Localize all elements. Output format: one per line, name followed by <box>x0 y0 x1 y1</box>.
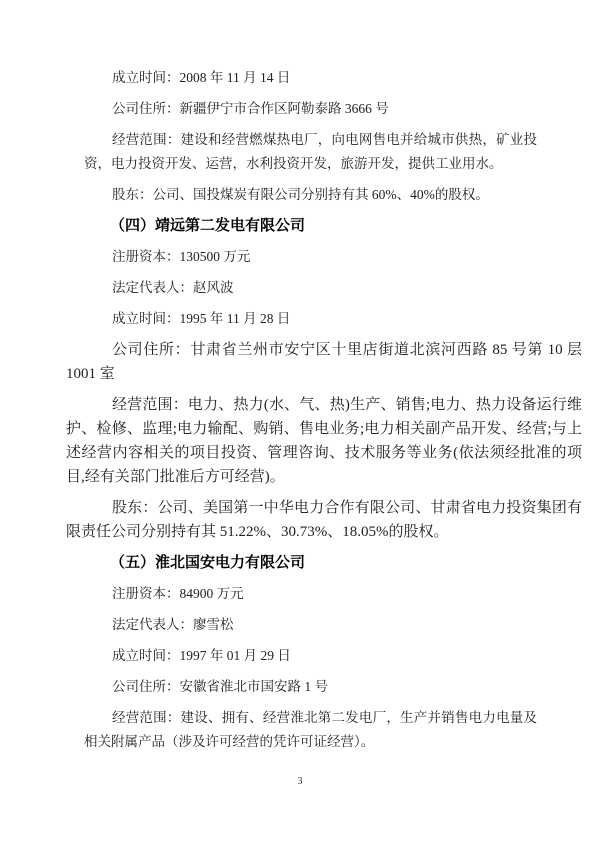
para-company-address-huaibei: 公司住所：安徽省淮北市国安路 1 号 <box>84 675 537 699</box>
para-business-scope-huaibei: 经营范围：建设、拥有、经营淮北第二发电厂，生产并销售电力电量及相关附属产品（涉及… <box>84 706 537 754</box>
para-registered-capital-huaibei: 注册资本：84900 万元 <box>84 582 537 606</box>
para-company-address-jingyuan: 公司住所：甘肃省兰州市安宁区十里店街道北滨河西路 85 号第 10 层 1001… <box>66 338 582 386</box>
document-page: 成立时间：2008 年 11 月 14 日 公司住所：新疆伊宁市合作区阿勒泰路 … <box>0 0 600 848</box>
para-registered-capital-jingyuan: 注册资本：130500 万元 <box>84 245 537 269</box>
para-company-address-xinjiang: 公司住所：新疆伊宁市合作区阿勒泰路 3666 号 <box>84 97 537 121</box>
para-established-date-jingyuan: 成立时间：1995 年 11 月 28 日 <box>84 307 537 331</box>
para-legal-representative-jingyuan: 法定代表人：赵风波 <box>84 276 537 300</box>
section-heading-jingyuan: （四）靖远第二发电有限公司 <box>84 214 537 238</box>
para-legal-representative-huaibei: 法定代表人：廖雪松 <box>84 613 537 637</box>
para-shareholders-jingyuan: 股东：公司、美国第一中华电力合作有限公司、甘肃省电力投资集团有限责任公司分别持有… <box>66 496 582 544</box>
section-heading-huaibei: （五）淮北国安电力有限公司 <box>84 551 537 575</box>
para-business-scope-xinjiang: 经营范围：建设和经营燃煤热电厂，向电网售电并给城市供热，矿业投资，电力投资开发、… <box>84 128 537 176</box>
para-established-date-xinjiang: 成立时间：2008 年 11 月 14 日 <box>84 66 537 90</box>
para-established-date-huaibei: 成立时间：1997 年 01 月 29 日 <box>84 644 537 668</box>
para-shareholders-xinjiang: 股东：公司、国投煤炭有限公司分别持有其 60%、40%的股权。 <box>84 183 537 207</box>
document-content: 成立时间：2008 年 11 月 14 日 公司住所：新疆伊宁市合作区阿勒泰路 … <box>84 66 537 761</box>
page-number: 3 <box>0 775 600 789</box>
para-business-scope-jingyuan: 经营范围：电力、热力(水、气、热)生产、销售;电力、热力设备运行维护、检修、监理… <box>66 393 582 489</box>
